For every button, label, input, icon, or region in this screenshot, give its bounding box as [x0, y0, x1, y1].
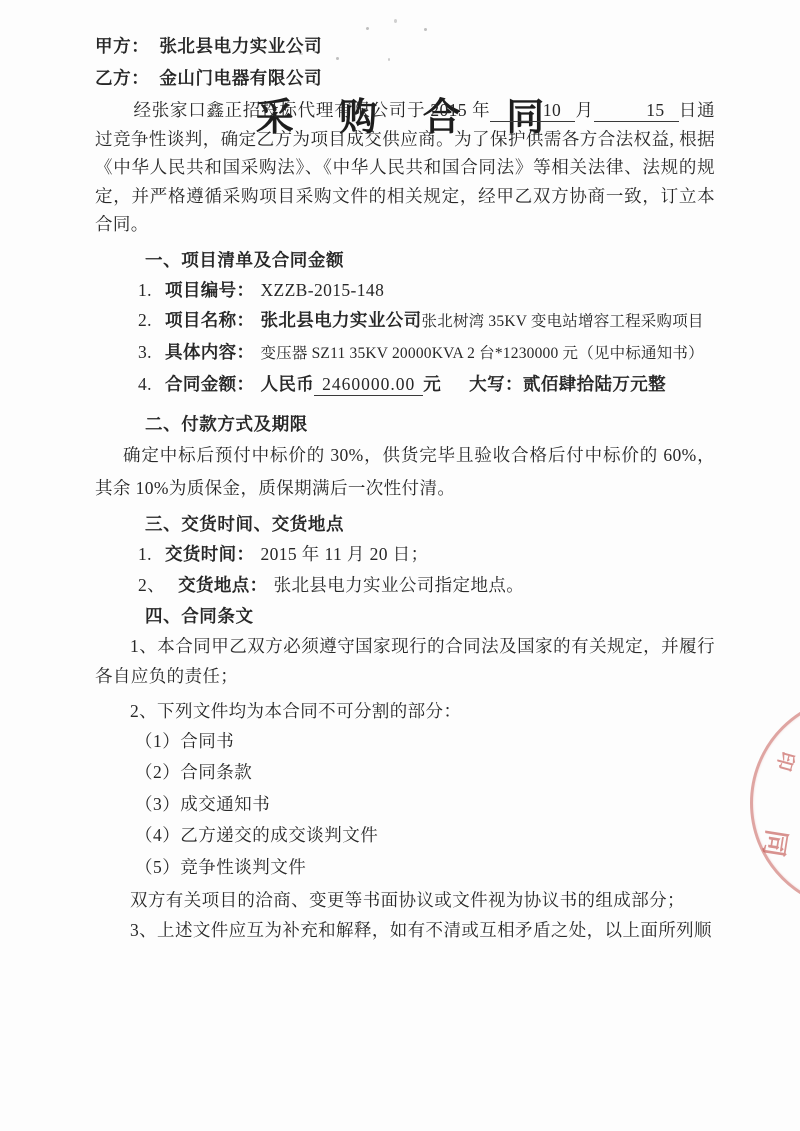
delivery-time-value: 2015 年 11 月 20 日；: [260, 544, 428, 564]
project-number-line: 1.项目编号：XZZB-2015-148: [138, 275, 715, 305]
amount-in-words-label: 大写：: [469, 374, 523, 394]
attachment-item: （4）乙方递交的成交谈判文件: [135, 820, 715, 852]
contract-amount-value: 2460000.00: [314, 373, 423, 396]
amount-in-words-value: 贰佰肆拾陆万元整: [523, 374, 666, 394]
project-name-main: 张北县电力实业公司: [260, 310, 421, 330]
intro-paragraph: 经张家口鑫正招投标代理有限公司于 2015 年10月15日通过竞争性谈判，确定乙…: [95, 96, 715, 239]
parties-block: 甲方：张北县电力实业公司 乙方：金山门电器有限公司: [95, 30, 715, 94]
party-a-name: 张北县电力实业公司: [159, 36, 322, 56]
party-b-name: 金山门电器有限公司: [159, 68, 322, 88]
item-number: 1.: [138, 275, 152, 305]
project-number-value: XZZB-2015-148: [260, 280, 384, 300]
project-name-line: 2.项目名称：张北县电力实业公司张北树湾 35KV 变电站增容工程采购项目: [138, 305, 715, 337]
stamp-ring-icon: [750, 695, 800, 911]
section2-heading: 二、付款方式及期限: [145, 409, 715, 439]
project-content-line: 3.具体内容：变压器 SZ11 35KV 20000KVA 2 台*123000…: [138, 337, 715, 369]
party-b-label: 乙方：: [95, 68, 149, 88]
project-name-label: 项目名称：: [165, 310, 255, 330]
contract-month-value: 10: [490, 99, 575, 122]
payment-terms-paragraph: 确定中标后预付中标价的 30%，供货完毕且验收合格后付中标价的 60%，其余 1…: [95, 439, 715, 505]
intro-lead: 经张家口鑫正招投标代理有限公司于 2015 年: [134, 100, 491, 120]
attachments-note: 双方有关项目的洽商、变更等书面协议或文件视为协议书的组成部分；: [95, 885, 715, 915]
clause-3: 3、上述文件应互为补充和解释，如有不清或互相矛盾之处，以上面所列顺: [95, 915, 715, 945]
item-number: 2.: [138, 305, 152, 335]
delivery-time-label: 交货时间：: [165, 544, 255, 564]
contract-amount-label: 合同金额：: [165, 374, 255, 394]
delivery-place-label: 交货地点：: [178, 575, 268, 595]
item-number: 4.: [138, 369, 152, 399]
party-b-line: 乙方：金山门电器有限公司: [95, 62, 715, 94]
attachment-item: （1）合同书: [135, 726, 715, 758]
section3-heading: 三、交货时间、交货地点: [145, 509, 715, 539]
item-number: 1.: [138, 539, 152, 570]
contract-page: 采 购 合 同 甲方：张北县电力实业公司 乙方：金山门电器有限公司 经张家口鑫正…: [0, 0, 800, 1131]
section1-heading: 一、项目清单及合同金额: [145, 245, 715, 275]
attachment-item: （5）竞争性谈判文件: [135, 852, 715, 884]
project-name-detail: 张北树湾 35KV 变电站增容工程采购项目: [422, 313, 704, 330]
month-unit: 月: [575, 100, 594, 120]
delivery-place-value: 张北县电力实业公司指定地点。: [274, 575, 525, 595]
attachment-item: （3）成交通知书: [135, 789, 715, 821]
party-a-label: 甲方：: [95, 36, 149, 56]
clause-1: 1、本合同甲乙双方必须遵守国家现行的合同法及国家的有关规定，并履行各自应负的责任…: [95, 631, 715, 691]
contract-body: 甲方：张北县电力实业公司 乙方：金山门电器有限公司 经张家口鑫正招投标代理有限公…: [95, 0, 715, 945]
delivery-time-line: 1.交货时间：2015 年 11 月 20 日；: [138, 539, 715, 570]
contract-amount-line: 4.合同金额：人民币2460000.00元大写：贰佰肆拾陆万元整: [138, 369, 715, 399]
attachment-item: （2）合同条款: [135, 757, 715, 789]
section4-heading: 四、合同条文: [145, 601, 715, 631]
item-number: 2、: [138, 570, 165, 601]
project-number-label: 项目编号：: [165, 280, 255, 300]
party-a-line: 甲方：张北县电力实业公司: [95, 30, 715, 62]
clause-2: 2、下列文件均为本合同不可分割的部分：: [95, 696, 715, 726]
project-content-value: 变压器 SZ11 35KV 20000KVA 2 台*1230000 元（见中标…: [260, 345, 703, 362]
project-content-label: 具体内容：: [165, 342, 255, 362]
currency-label: 人民币: [260, 374, 314, 394]
currency-unit: 元: [423, 374, 441, 394]
item-number: 3.: [138, 337, 152, 367]
contract-day-value: 15: [594, 99, 679, 122]
delivery-place-line: 2、交货地点：张北县电力实业公司指定地点。: [138, 570, 715, 601]
